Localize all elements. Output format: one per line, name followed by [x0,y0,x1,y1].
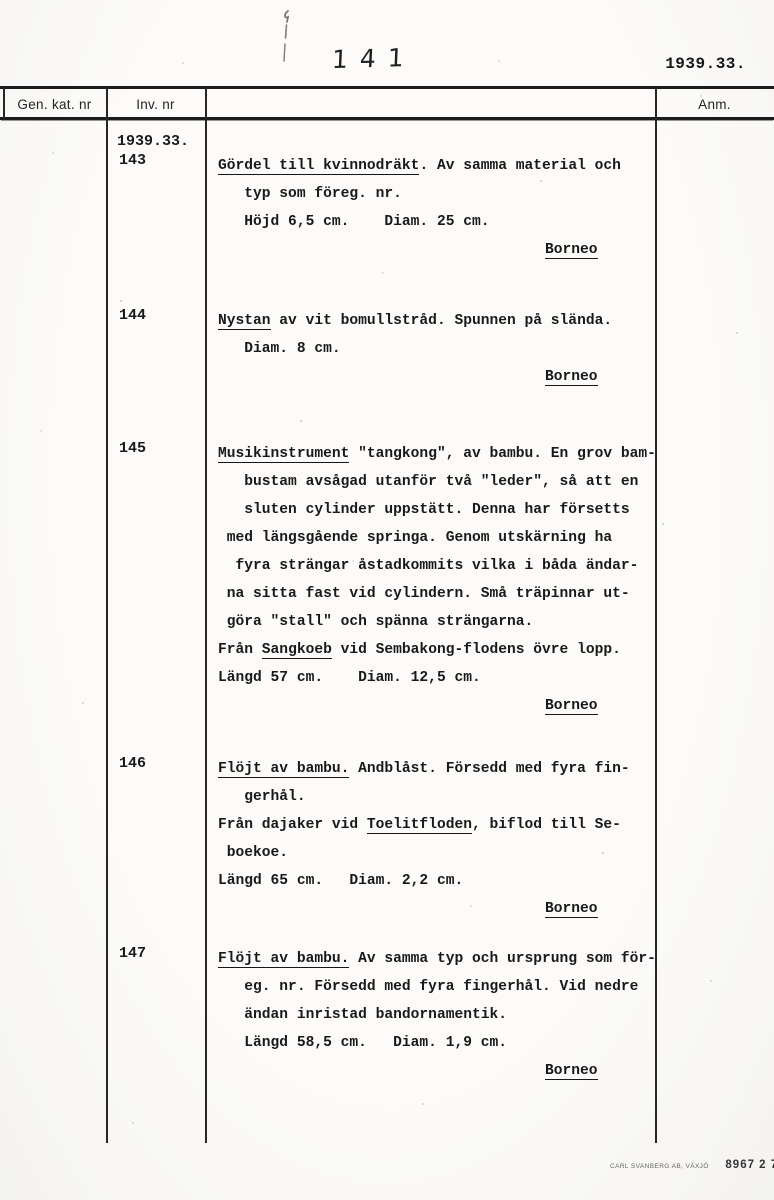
entry-line: Flöjt av bambu. Andblåst. Försedd med fy… [218,755,664,783]
pencil-mark [276,8,298,64]
provenance: Borneo [218,363,664,391]
text-segment: Från [218,642,262,658]
entry-line: boekoe. [218,839,664,867]
text-segment: göra "stall" och spänna strängarna. [218,614,533,630]
underlined-term: Flöjt av bambu. [218,951,349,968]
provenance-label: Borneo [545,242,598,259]
inventory-prefix: 1939.33. [117,133,189,150]
table-top-rule [0,86,774,89]
text-segment: gerhål. [218,789,306,805]
inventory-number: 143 [119,152,146,170]
text-segment: Längd 57 cm. Diam. 12,5 cm. [218,670,481,686]
text-segment: ändan inristad bandornamentik. [218,1007,507,1023]
underlined-term: Musikinstrument [218,446,349,463]
entry-description: Nystan av vit bomullstråd. Spunnen på sl… [218,307,664,391]
text-segment: med längsgående springa. Genom utskärnin… [218,530,612,546]
text-segment: typ som föreg. nr. [218,186,402,202]
text-segment: Längd 58,5 cm. Diam. 1,9 cm. [218,1035,507,1051]
entry-line: sluten cylinder uppstätt. Denna har förs… [218,496,664,524]
provenance-label: Borneo [545,698,598,715]
text-segment: "tangkong", av bambu. En grov bam- [349,446,656,462]
provenance: Borneo [218,1057,664,1085]
entry-line: Höjd 6,5 cm. Diam. 25 cm. [218,208,664,236]
underlined-term: Gördel till kvinnodräkt [218,158,419,175]
entry-line: Från Sangkoeb vid Sembakong-flodens övre… [218,636,664,664]
entry-line: gerhål. [218,783,664,811]
entry-line: Från dajaker vid Toelitfloden, biflod ti… [218,811,664,839]
underlined-term: Nystan [218,313,271,330]
underlined-term: Toelitfloden [367,817,472,834]
provenance-label: Borneo [545,901,598,918]
text-segment: , biflod till Se- [472,817,621,833]
entry-line: med längsgående springa. Genom utskärnin… [218,524,664,552]
text-segment: Höjd 6,5 cm. Diam. 25 cm. [218,214,490,230]
column-header-gen-kat-nr: Gen. kat. nr [3,93,106,117]
entry-description: Flöjt av bambu. Av samma typ och ursprun… [218,945,664,1085]
text-segment: fyra strängar åstadkommits vilka i båda … [218,558,638,574]
entry-line: Längd 57 cm. Diam. 12,5 cm. [218,664,664,692]
text-segment: Andblåst. Försedd med fyra fin- [349,761,629,777]
text-segment: vid Sembakong-flodens övre lopp. [332,642,621,658]
text-segment: na sitta fast vid cylindern. Små träpinn… [218,586,630,602]
collection-number: 1939.33. [665,55,746,73]
column-divider-inv-nr [205,87,207,1143]
entry-line: göra "stall" och spänna strängarna. [218,608,664,636]
table-left-edge-rule [3,87,5,120]
printer-code: 8967 2 70 [725,1159,774,1171]
entry-line: typ som föreg. nr. [218,180,664,208]
entry-line: Längd 65 cm. Diam. 2,2 cm. [218,867,664,895]
inventory-number: 145 [119,440,146,458]
inventory-number-cell: 144 [119,307,146,325]
inventory-number-cell: 145 [119,440,146,458]
text-segment: Från dajaker vid [218,817,367,833]
text-segment: sluten cylinder uppstätt. Denna har förs… [218,502,630,518]
entry-line: na sitta fast vid cylindern. Små träpinn… [218,580,664,608]
entry-line: Gördel till kvinnodräkt. Av samma materi… [218,152,664,180]
entry-line: Längd 58,5 cm. Diam. 1,9 cm. [218,1029,664,1057]
inventory-number: 146 [119,755,146,773]
underlined-term: Sangkoeb [262,642,332,659]
table-header-bottom-rule [0,117,774,120]
entry-line: Flöjt av bambu. Av samma typ och ursprun… [218,945,664,973]
entry-line: ändan inristad bandornamentik. [218,1001,664,1029]
column-divider-gen-kat [106,87,108,1143]
provenance: Borneo [218,895,664,923]
provenance: Borneo [218,236,664,264]
entry-line: fyra strängar åstadkommits vilka i båda … [218,552,664,580]
text-segment: boekoe. [218,845,288,861]
text-segment: Av samma typ och ursprung som för- [349,951,656,967]
inventory-number-cell: 146 [119,755,146,773]
entry-line: Musikinstrument "tangkong", av bambu. En… [218,440,664,468]
page-number: 141 [331,43,416,74]
entry-line: eg. nr. Försedd med fyra fingerhål. Vid … [218,973,664,1001]
column-header-anm: Anm. [655,93,774,117]
provenance-label: Borneo [545,1063,598,1080]
underlined-term: Flöjt av bambu. [218,761,349,778]
provenance: Borneo [218,692,664,720]
entry-line: bustam avsågad utanför två "leder", så a… [218,468,664,496]
scan-noise [0,0,2,2]
inventory-number-cell: 1939.33. 143 [119,152,146,170]
text-segment: bustam avsågad utanför två "leder", så a… [218,474,638,490]
printer-name: CARL SVANBERG AB, VÄXJÖ [610,1163,709,1170]
inventory-number: 144 [119,307,146,325]
text-segment: . Av samma material och [419,158,620,174]
catalog-sheet: 141 1939.33. Gen. kat. nr Inv. nr Anm. 1… [0,0,774,1200]
text-segment: Diam. 8 cm. [218,341,341,357]
entry-description: Flöjt av bambu. Andblåst. Försedd med fy… [218,755,664,923]
entry-description: Gördel till kvinnodräkt. Av samma materi… [218,152,664,264]
inventory-number-cell: 147 [119,945,146,963]
entry-line: Nystan av vit bomullstråd. Spunnen på sl… [218,307,664,335]
entry-description: Musikinstrument "tangkong", av bambu. En… [218,440,664,720]
text-segment: av vit bomullstråd. Spunnen på slända. [271,313,613,329]
text-segment: eg. nr. Försedd med fyra fingerhål. Vid … [218,979,638,995]
entry-line: Diam. 8 cm. [218,335,664,363]
text-segment: Längd 65 cm. Diam. 2,2 cm. [218,873,463,889]
provenance-label: Borneo [545,369,598,386]
column-header-inv-nr: Inv. nr [106,93,205,117]
inventory-number: 147 [119,945,146,963]
printer-mark: CARL SVANBERG AB, VÄXJÖ 8967 2 70 [610,1155,774,1173]
